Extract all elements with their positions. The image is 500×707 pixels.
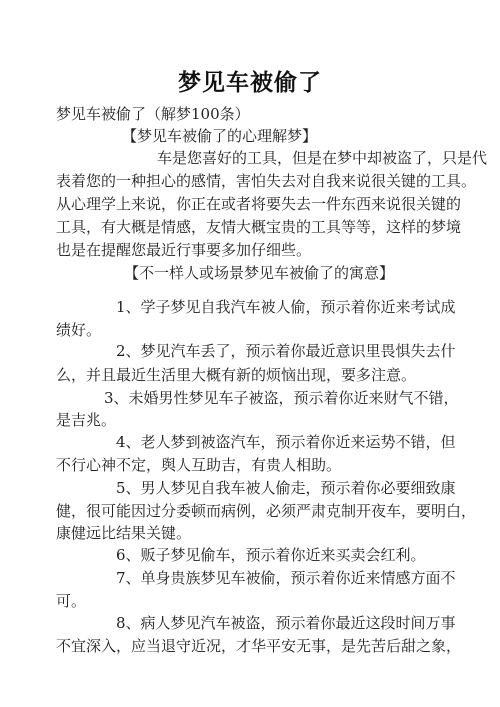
text-line: 康健远比结果关键。 (56, 524, 191, 542)
text-line: 不宜深入，应当退守近况，才华平安无事，是先苦后甜之象， (56, 637, 461, 655)
text-line: 4、老人梦到被盗汽车，预示着你近来运势不错，但 (116, 433, 456, 451)
text-line: 健，很可能因过分委顿而病例，必须严肃克制开夜车，要明白， (56, 502, 476, 520)
text-line: 【不一样人或场景梦见车被偷了的寓意】 (124, 264, 394, 282)
text-line: 5、男人梦见自我车被人偷走，预示着你必要细致康 (116, 479, 456, 497)
text-line: 么，并且最近生活里大概有新的烦恼出现，要多注意。 (56, 366, 416, 384)
text-line: 是吉兆。 (56, 411, 116, 429)
text-line: 绩好。 (56, 321, 101, 339)
text-line: 1、学子梦见自我汽车被人偷，预示着你近来考试成 (116, 298, 456, 316)
text-line: 6、贩子梦见偷车，预示着你近来买卖会红利。 (116, 546, 426, 564)
text-line: 表着您的一种担心的感情，害怕失去对自我来说很关键的工具。 (56, 172, 476, 190)
text-line: 也是在提醒您最近行事要多加仔细些。 (56, 241, 311, 259)
text-line: 可。 (56, 592, 86, 610)
text-line: 从心理学上来说，你正在或者将要失去一件东西来说很关键的 (56, 195, 461, 213)
text-line: 梦见车被偷了（解梦100条） (56, 105, 250, 123)
text-line: 【梦见车被偷了的心理解梦】 (122, 127, 317, 145)
text-line: 不行心神不定，舆人互助吉，有贵人相助。 (56, 456, 341, 474)
text-line: 工具，有大概是情感，友情大概宝贵的工具等等，这样的梦境 (56, 218, 461, 236)
page-title: 梦见车被偷了 (0, 64, 500, 97)
text-line: 车是您喜好的工具，但是在梦中却被盗了，只是代 (157, 149, 487, 167)
text-line: 8、病人梦见汽车被盗，预示着你最近这段时间万事 (116, 614, 456, 632)
text-line: 2、梦见汽车丢了，预示着你最近意识里畏惧失去什 (116, 342, 456, 360)
text-line: 7、单身贵族梦见车被偷，预示着你近来情感方面不 (116, 569, 456, 587)
text-line: 3、未婚男性梦见车子被盗，预示着你近来财气不错， (104, 389, 459, 407)
